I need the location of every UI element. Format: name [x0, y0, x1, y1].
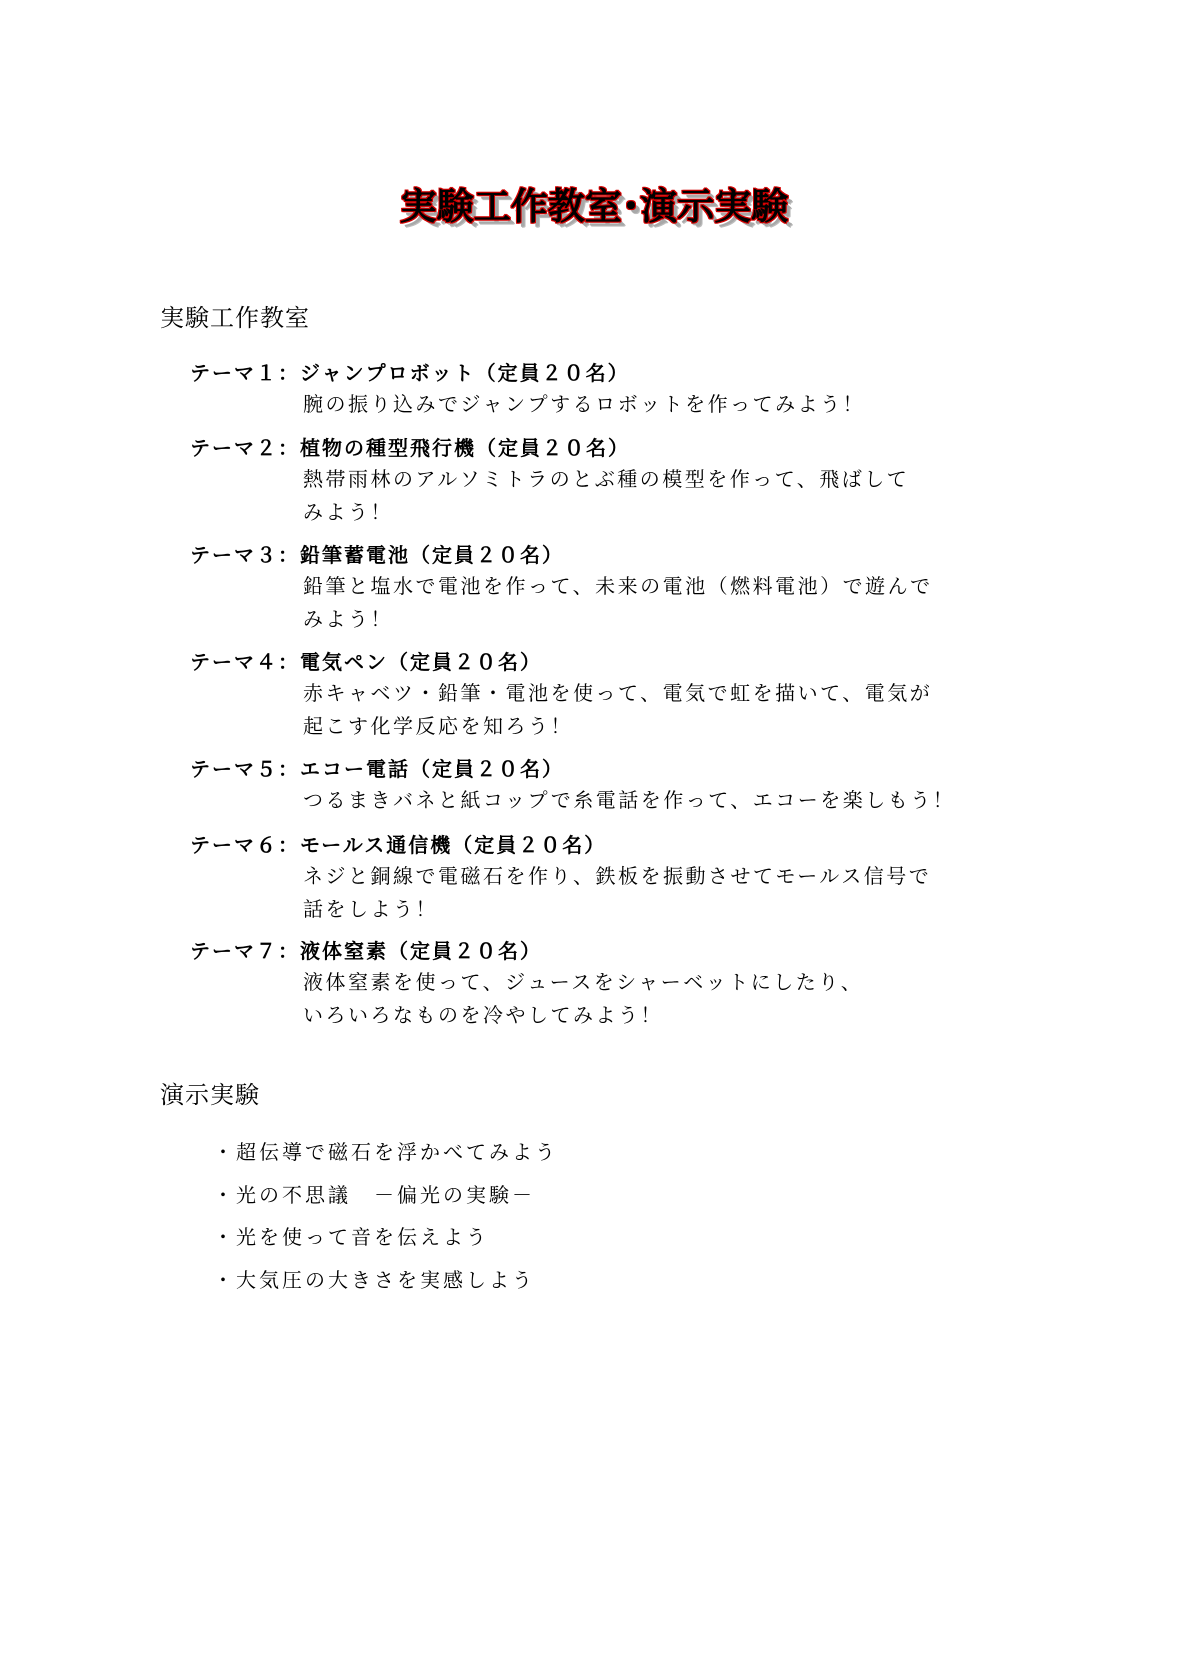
theme-heading: テーマ３：鉛筆蓄電池（定員２０名） [190, 540, 933, 570]
section-heading-demonstration: 演示実験 [160, 1075, 260, 1110]
theme-item-6: テーマ６：モールス通信機（定員２０名） ネジと銅線で電磁石を作り、鉄板を振動させ… [190, 830, 931, 926]
theme-heading: テーマ４：電気ペン（定員２０名） [190, 647, 932, 677]
theme-description: みよう！ [303, 496, 909, 529]
demo-list-item: ・光の不思議 －偏光の実験－ [213, 1179, 535, 1208]
theme-heading: テーマ１：ジャンプロボット（定員２０名） [190, 358, 865, 388]
theme-item-7: テーマ７：液体窒素（定員２０名） 液体窒素を使って、ジュースをシャーベットにした… [190, 936, 863, 1032]
demo-list-item: ・大気圧の大きさを実感しよう [213, 1264, 535, 1293]
theme-heading: テーマ５：エコー電話（定員２０名） [190, 754, 955, 784]
theme-description: 話をしよう！ [303, 893, 931, 926]
demo-list-item: ・超伝導で磁石を浮かべてみよう [213, 1136, 558, 1165]
theme-description: 起こす化学反応を知ろう！ [303, 710, 932, 743]
theme-heading: テーマ６：モールス通信機（定員２０名） [190, 830, 931, 860]
theme-description: 液体窒素を使って、ジュースをシャーベットにしたり、 [303, 966, 863, 999]
theme-item-3: テーマ３：鉛筆蓄電池（定員２０名） 鉛筆と塩水で電池を作って、未来の電池（燃料電… [190, 540, 933, 636]
theme-item-2: テーマ２：植物の種型飛行機（定員２０名） 熱帯雨林のアルソミトラのとぶ種の模型を… [190, 433, 909, 529]
theme-description: 鉛筆と塩水で電池を作って、未来の電池（燃料電池）で遊んで [303, 570, 933, 603]
theme-heading: テーマ７：液体窒素（定員２０名） [190, 936, 863, 966]
theme-heading: テーマ２：植物の種型飛行機（定員２０名） [190, 433, 909, 463]
theme-item-1: テーマ１：ジャンプロボット（定員２０名） 腕の振り込みでジャンプするロボットを作… [190, 358, 865, 421]
theme-description: 熱帯雨林のアルソミトラのとぶ種の模型を作って、飛ばして [303, 463, 909, 496]
demo-list-item: ・光を使って音を伝えよう [213, 1221, 489, 1250]
theme-description: いろいろなものを冷やしてみよう！ [303, 999, 863, 1032]
theme-description: 腕の振り込みでジャンプするロボットを作ってみよう！ [303, 388, 865, 421]
theme-description: 赤キャベツ・鉛筆・電池を使って、電気で虹を描いて、電気が [303, 677, 932, 710]
theme-description: つるまきバネと紙コップで糸電話を作って、エコーを楽しもう！ [303, 784, 955, 817]
page-title: 実験工作教室･演示実験 [0, 176, 1188, 230]
section-heading-workshop: 実験工作教室 [160, 298, 310, 333]
theme-item-4: テーマ４：電気ペン（定員２０名） 赤キャベツ・鉛筆・電池を使って、電気で虹を描い… [190, 647, 932, 743]
theme-description: ネジと銅線で電磁石を作り、鉄板を振動させてモールス信号で [303, 860, 931, 893]
theme-description: みよう！ [303, 603, 933, 636]
theme-item-5: テーマ５：エコー電話（定員２０名） つるまきバネと紙コップで糸電話を作って、エコ… [190, 754, 955, 817]
